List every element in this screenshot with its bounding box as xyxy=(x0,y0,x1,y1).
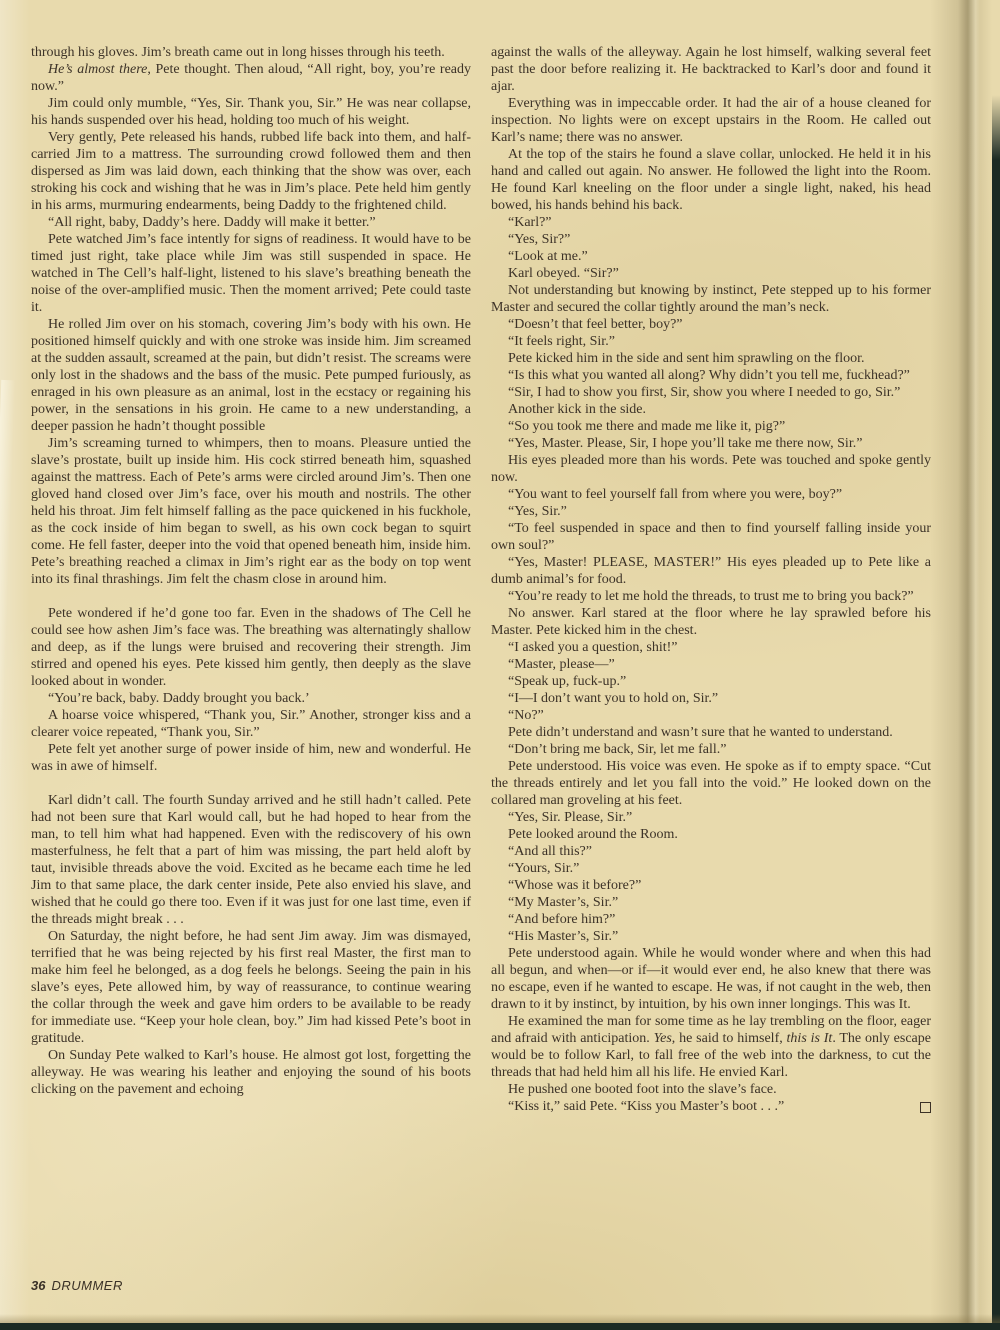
end-of-story-mark xyxy=(920,1102,931,1113)
text-run: Everything was in impeccable order. It h… xyxy=(491,96,931,145)
text-run: “You’re ready to let me hold the threads… xyxy=(508,589,914,604)
paragraph: “I—I don’t want you to hold on, Sir.” xyxy=(491,690,931,707)
paragraph: Pete kicked him in the side and sent him… xyxy=(491,350,931,367)
paragraph: “Yours, Sir.” xyxy=(491,860,931,877)
text-run: Pete understood. His voice was even. He … xyxy=(491,759,931,808)
text-run: against the walls of the alleyway. Again… xyxy=(491,45,931,94)
paragraph: Not understanding but knowing by instinc… xyxy=(491,282,931,316)
page-footer: 36DRUMMER xyxy=(31,1278,123,1293)
paragraph: “You’re back, baby. Daddy brought you ba… xyxy=(31,690,471,707)
text-run: “Yes, Sir?” xyxy=(508,232,570,247)
text-run: “Doesn’t that feel better, boy?” xyxy=(508,317,683,332)
magazine-page-scan: through his gloves. Jim’s breath came ou… xyxy=(0,0,1000,1330)
text-run: “Yours, Sir.” xyxy=(508,861,579,876)
text-run: “His Master’s, Sir.” xyxy=(508,929,618,944)
text-run: “My Master’s, Sir.” xyxy=(508,895,618,910)
paragraph: “Karl?” xyxy=(491,214,931,231)
paragraph: His eyes pleaded more than his words. Pe… xyxy=(491,452,931,486)
text-run: Pete kicked him in the side and sent him… xyxy=(508,351,865,366)
text-run: Another kick in the side. xyxy=(508,402,646,417)
text-run: Pete wondered if he’d gone too far. Even… xyxy=(31,606,471,689)
paragraph: “You’re ready to let me hold the threads… xyxy=(491,588,931,605)
text-run: Jim’s screaming turned to whimpers, then… xyxy=(31,436,471,587)
paragraph: Pete looked around the Room. xyxy=(491,826,931,843)
paragraph: “So you took me there and made me like i… xyxy=(491,418,931,435)
text-run: Pete didn’t understand and wasn’t sure t… xyxy=(508,725,893,740)
paragraph: “Sir, I had to show you first, Sir, show… xyxy=(491,384,931,401)
paragraph: A hoarse voice whispered, “Thank you, Si… xyxy=(31,707,471,741)
text-run: “Master, please—” xyxy=(508,657,615,672)
paragraph: “I asked you a question, shit!” xyxy=(491,639,931,656)
text-run: “Look at me.” xyxy=(508,249,588,264)
paragraph: “And before him?” xyxy=(491,911,931,928)
paragraph: through his gloves. Jim’s breath came ou… xyxy=(31,44,471,61)
text-run: , he said to himself, xyxy=(672,1031,787,1046)
page-number: 36 xyxy=(31,1278,45,1293)
text-run: Pete watched Jim’s face intently for sig… xyxy=(31,232,471,315)
text-run: Karl didn’t call. The fourth Sunday arri… xyxy=(31,793,471,927)
text-run: “Sir, I had to show you first, Sir, show… xyxy=(508,385,900,400)
paragraph: “You want to feel yourself fall from whe… xyxy=(491,486,931,503)
paragraph: “Master, please—” xyxy=(491,656,931,673)
paragraph: “Yes, Master. Please, Sir, I hope you’ll… xyxy=(491,435,931,452)
text-run: “I asked you a question, shit!” xyxy=(508,640,678,655)
text-run: “It feels right, Sir.” xyxy=(508,334,615,349)
text-run: Pete understood again. While he would wo… xyxy=(491,946,931,1012)
paragraph: On Saturday, the night before, he had se… xyxy=(31,928,471,1047)
paragraph: Pete wondered if he’d gone too far. Even… xyxy=(31,605,471,690)
paragraph: “And all this?” xyxy=(491,843,931,860)
text-run: Jim could only mumble, “Yes, Sir. Thank … xyxy=(31,96,471,128)
text-run: “You want to feel yourself fall from whe… xyxy=(508,487,842,502)
text-run: “Yes, Master! PLEASE, MASTER!” His eyes … xyxy=(491,555,931,587)
text-run: “Don’t bring me back, Sir, let me fall.” xyxy=(508,742,726,757)
paragraph: “My Master’s, Sir.” xyxy=(491,894,931,911)
paragraph: He pushed one booted foot into the slave… xyxy=(491,1081,931,1098)
paragraph: “Yes, Master! PLEASE, MASTER!” His eyes … xyxy=(491,554,931,588)
text-run: He rolled Jim over on his stomach, cover… xyxy=(31,317,471,434)
text-run: On Sunday Pete walked to Karl’s house. H… xyxy=(31,1048,471,1097)
text-run: “And all this?” xyxy=(508,844,592,859)
text-run: “Whose was it before?” xyxy=(508,878,641,893)
paragraph: “Yes, Sir.” xyxy=(491,503,931,520)
paragraph: “All right, baby, Daddy’s here. Daddy wi… xyxy=(31,214,471,231)
text-run: “Yes, Sir. Please, Sir.” xyxy=(508,810,632,825)
text-run: “No?” xyxy=(508,708,544,723)
text-run: Pete looked around the Room. xyxy=(508,827,678,842)
italic-text: Yes xyxy=(654,1031,672,1046)
text-run: Pete felt yet another surge of power ins… xyxy=(31,742,471,774)
story-text: through his gloves. Jim’s breath came ou… xyxy=(31,44,931,1115)
magazine-title: DRUMMER xyxy=(51,1278,122,1293)
paragraph: He rolled Jim over on his stomach, cover… xyxy=(31,316,471,435)
scan-edge-bottom xyxy=(0,1323,1000,1330)
text-run: “All right, baby, Daddy’s here. Daddy wi… xyxy=(48,215,376,230)
paragraph: No answer. Karl stared at the floor wher… xyxy=(491,605,931,639)
scan-edge-right xyxy=(992,0,1000,1330)
text-run: “Speak up, fuck-up.” xyxy=(508,674,626,689)
paragraph: “His Master’s, Sir.” xyxy=(491,928,931,945)
text-run: Karl obeyed. “Sir?” xyxy=(508,266,619,281)
paragraph: against the walls of the alleyway. Again… xyxy=(491,44,931,95)
paragraph: “Yes, Sir. Please, Sir.” xyxy=(491,809,931,826)
italic-text: this is It xyxy=(787,1031,833,1046)
paragraph: “Look at me.” xyxy=(491,248,931,265)
paper-crease-left xyxy=(0,380,15,800)
paragraph: “To feel suspended in space and then to … xyxy=(491,520,931,554)
text-run: Not understanding but knowing by instinc… xyxy=(491,283,931,315)
paragraph: “It feels right, Sir.” xyxy=(491,333,931,350)
paragraph: He’s almost there, Pete thought. Then al… xyxy=(31,61,471,95)
paragraph: “Yes, Sir?” xyxy=(491,231,931,248)
paragraph: Karl obeyed. “Sir?” xyxy=(491,265,931,282)
paragraph: “Doesn’t that feel better, boy?” xyxy=(491,316,931,333)
paragraph: “Don’t bring me back, Sir, let me fall.” xyxy=(491,741,931,758)
text-run: “So you took me there and made me like i… xyxy=(508,419,785,434)
text-run: “Karl?” xyxy=(508,215,552,230)
text-run: On Saturday, the night before, he had se… xyxy=(31,929,471,1046)
paragraph: He examined the man for some time as he … xyxy=(491,1013,931,1081)
right-column: against the walls of the alleyway. Again… xyxy=(491,44,931,1115)
paragraph: “No?” xyxy=(491,707,931,724)
text-run: A hoarse voice whispered, “Thank you, Si… xyxy=(31,708,471,740)
paragraph: Pete felt yet another surge of power ins… xyxy=(31,741,471,775)
paragraph: “Whose was it before?” xyxy=(491,877,931,894)
text-run: He pushed one booted foot into the slave… xyxy=(508,1082,777,1097)
text-run: “To feel suspended in space and then to … xyxy=(491,521,931,553)
paragraph: Pete understood. His voice was even. He … xyxy=(491,758,931,809)
text-run: At the top of the stairs he found a slav… xyxy=(491,147,931,213)
text-run: “Kiss it,” said Pete. “Kiss you Master’s… xyxy=(508,1099,784,1114)
paragraph: Pete didn’t understand and wasn’t sure t… xyxy=(491,724,931,741)
italic-text: He’s almost there xyxy=(48,62,147,77)
text-run: No answer. Karl stared at the floor wher… xyxy=(491,606,931,638)
paper-crease-right xyxy=(958,0,980,1330)
paragraph: Everything was in impeccable order. It h… xyxy=(491,95,931,146)
paragraph: On Sunday Pete walked to Karl’s house. H… xyxy=(31,1047,471,1098)
paragraph: Pete understood again. While he would wo… xyxy=(491,945,931,1013)
text-run: “Is this what you wanted all along? Why … xyxy=(508,368,910,383)
paragraph: “Kiss it,” said Pete. “Kiss you Master’s… xyxy=(491,1098,931,1115)
text-run: through his gloves. Jim’s breath came ou… xyxy=(31,45,445,60)
left-column: through his gloves. Jim’s breath came ou… xyxy=(31,44,471,1115)
text-run: “Yes, Master. Please, Sir, I hope you’ll… xyxy=(508,436,862,451)
text-run: His eyes pleaded more than his words. Pe… xyxy=(491,453,931,485)
paragraph: Karl didn’t call. The fourth Sunday arri… xyxy=(31,792,471,928)
paragraph: Jim’s screaming turned to whimpers, then… xyxy=(31,435,471,588)
text-run: “You’re back, baby. Daddy brought you ba… xyxy=(48,691,310,706)
text-run: “And before him?” xyxy=(508,912,615,927)
text-run: “I—I don’t want you to hold on, Sir.” xyxy=(508,691,718,706)
paragraph: Jim could only mumble, “Yes, Sir. Thank … xyxy=(31,95,471,129)
paragraph: “Speak up, fuck-up.” xyxy=(491,673,931,690)
paragraph: Very gently, Pete released his hands, ru… xyxy=(31,129,471,214)
paragraph: Pete watched Jim’s face intently for sig… xyxy=(31,231,471,316)
text-run: Very gently, Pete released his hands, ru… xyxy=(31,130,471,213)
text-run: “Yes, Sir.” xyxy=(508,504,567,519)
paragraph: Another kick in the side. xyxy=(491,401,931,418)
paragraph: “Is this what you wanted all along? Why … xyxy=(491,367,931,384)
paragraph: At the top of the stairs he found a slav… xyxy=(491,146,931,214)
